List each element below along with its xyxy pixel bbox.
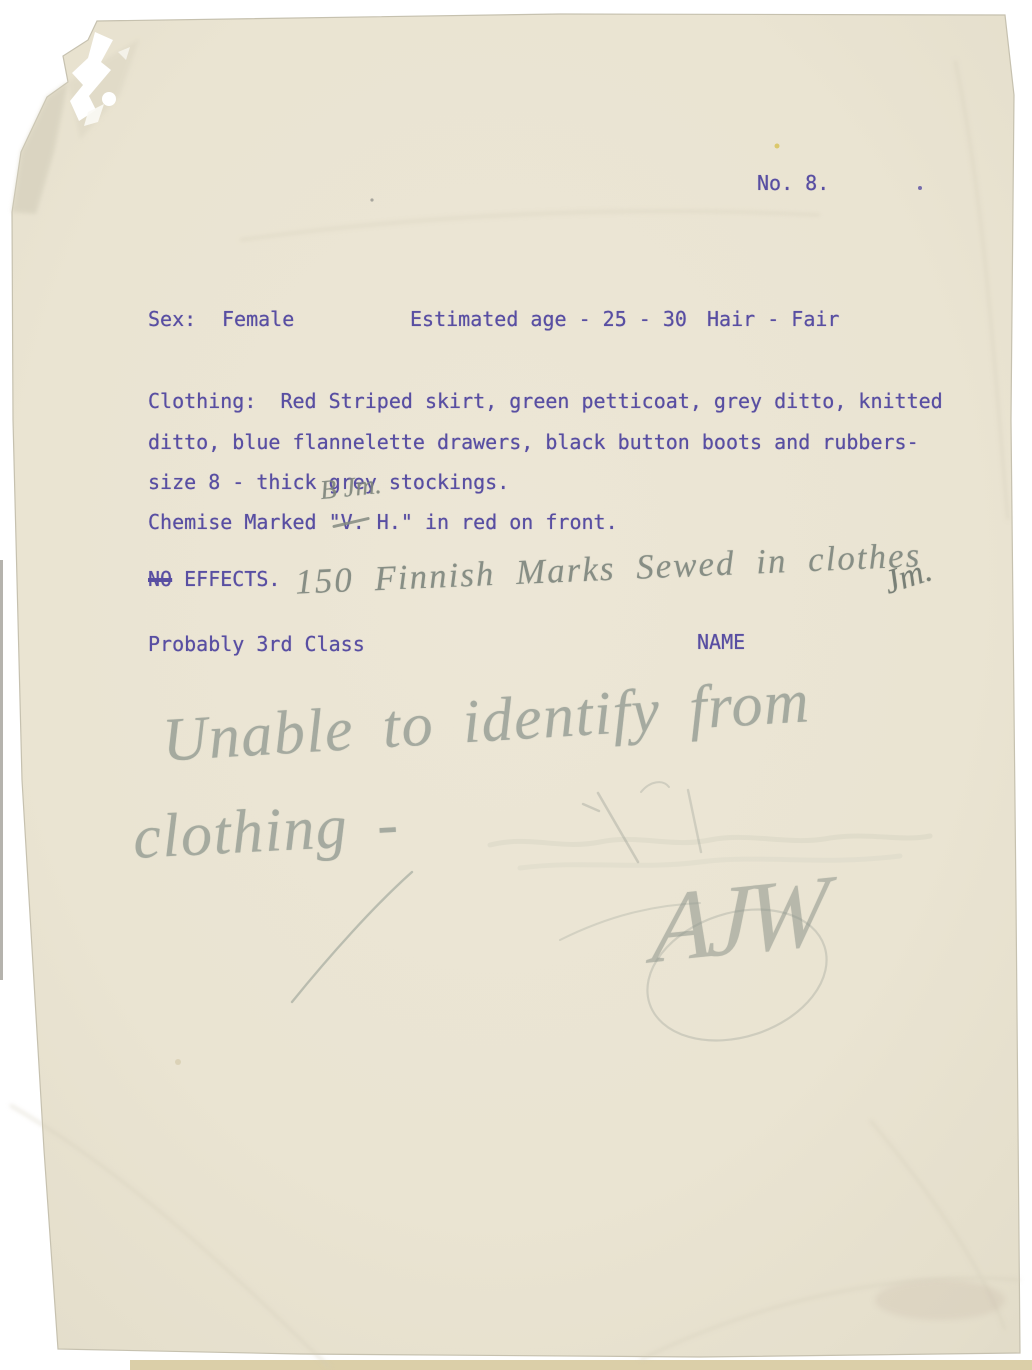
sex-label: Sex: (148, 306, 196, 332)
document-number: No. 8. (757, 170, 829, 196)
effects-line: NO EFFECTS. (148, 566, 280, 592)
identification-note-line-2: clothing - (131, 789, 401, 874)
signature-initials: AJW (650, 853, 824, 987)
clothing-line-2: ditto, blue flannelette drawers, black b… (148, 429, 919, 455)
scanned-document: No. 8. Sex: Female Estimated age - 25 - … (0, 0, 1032, 1370)
chemise-prefix: Chemise Marked " (148, 510, 341, 534)
name-label: NAME (697, 629, 745, 655)
effects-struck-word: NO (148, 567, 172, 591)
clothing-line-1: Clothing: Red Striped skirt, green petti… (148, 388, 943, 414)
estimated-age: Estimated age - 25 - 30 (410, 306, 687, 332)
faint-stamp-smudge (875, 1280, 1005, 1320)
document-content: No. 8. Sex: Female Estimated age - 25 - … (0, 0, 1032, 1370)
effects-label: EFFECTS. (184, 567, 280, 591)
class-line: Probably 3rd Class (148, 631, 365, 657)
chemise-suffix: H." in red on front. (365, 510, 618, 534)
hair-value: Hair - Fair (707, 306, 839, 332)
sex-value: Female (222, 306, 294, 332)
chemise-line: Chemise Marked "V. H." in red on front. (148, 509, 618, 535)
identification-note-line-1: Unable to identify from (160, 666, 812, 776)
effects-handwritten-note: 150 Finnish Marks Sewed in clothes (294, 535, 922, 602)
chemise-correction-annotation: B Jm. (319, 469, 383, 506)
